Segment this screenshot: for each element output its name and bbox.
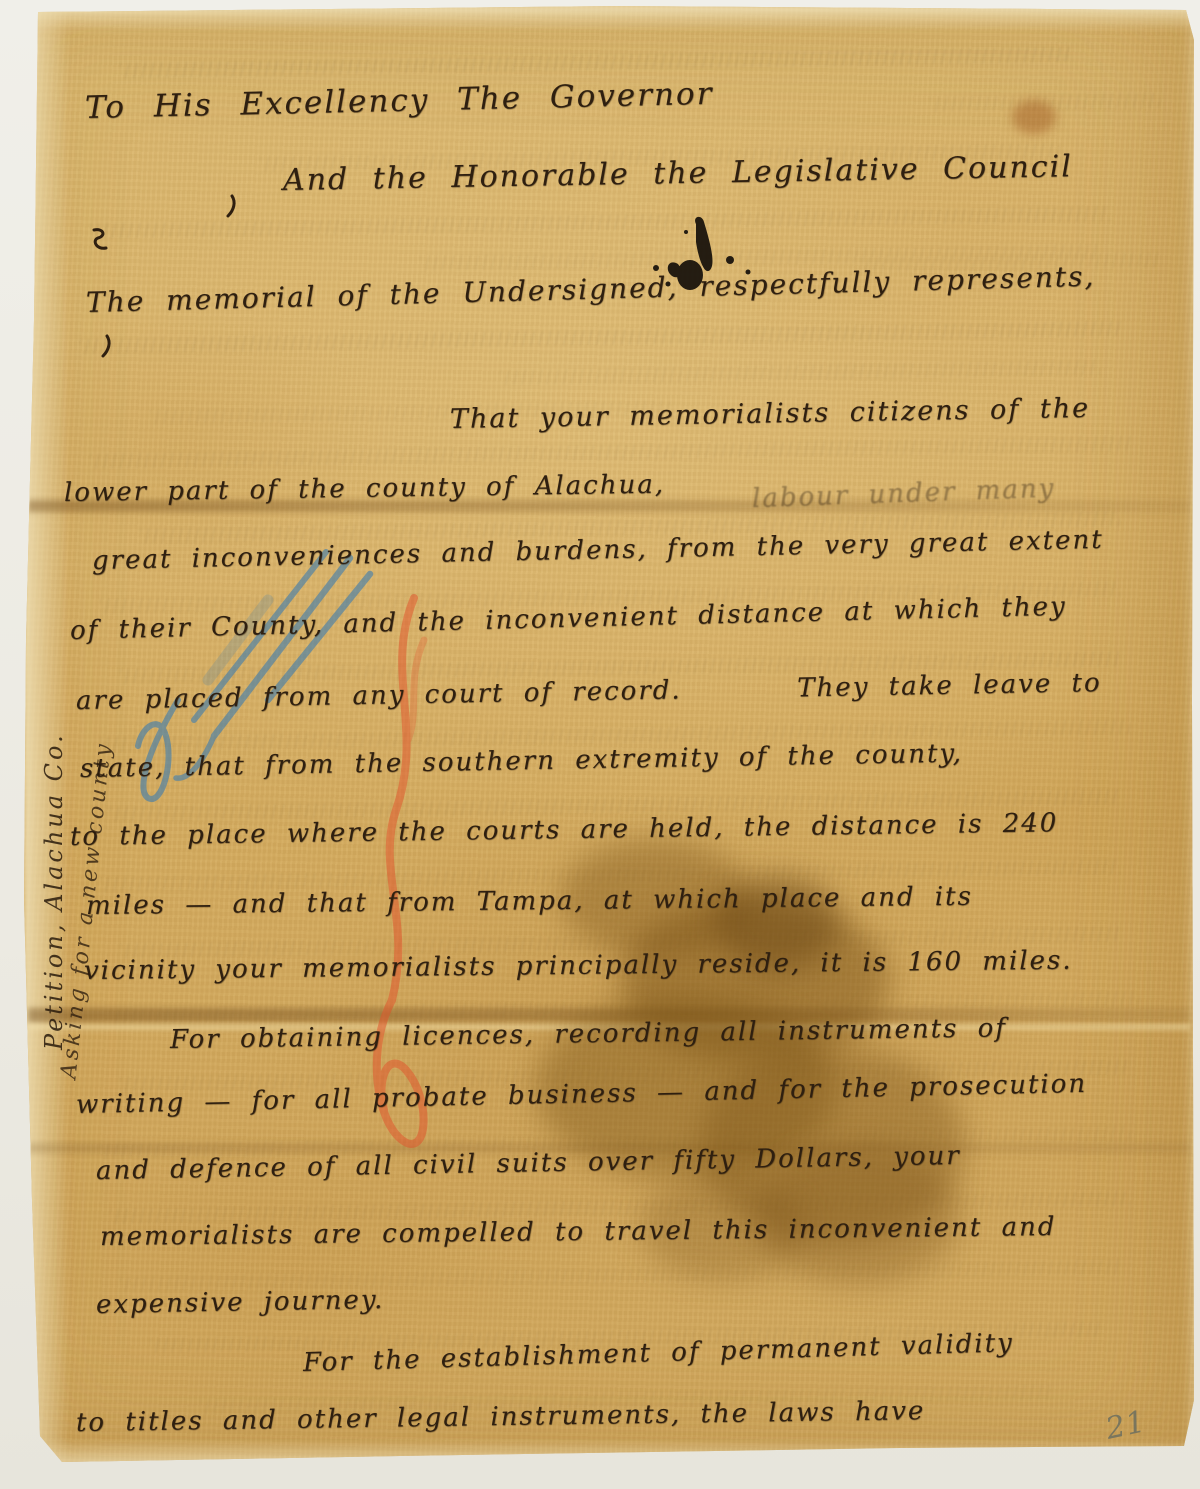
paper-deckle-edge-top — [30, 6, 1194, 32]
body-line: That your memorialists citizens of the — [450, 393, 1091, 435]
body-line: to the place where the courts are held, … — [70, 808, 1059, 852]
bleed-through-line — [500, 360, 1100, 385]
rust-spot — [1012, 100, 1056, 134]
body-line: great inconveniences and burdens, from t… — [92, 525, 1104, 576]
body-line: miles — and that from Tampa, at which pl… — [86, 882, 973, 921]
body-line: to titles and other legal instruments, t… — [76, 1396, 926, 1438]
body-line-faded: labour under many — [751, 473, 1055, 514]
bleed-through-line — [80, 321, 1120, 354]
body-line: writing — for all probate business — and… — [76, 1069, 1088, 1120]
salutation-line: The memorial of the Undersigned, respect… — [86, 260, 1096, 319]
body-line: lower part of the county of Alachua, — [64, 470, 665, 508]
ink-mark — [90, 226, 112, 256]
heading-line-1: To His Excellency The Governor — [85, 76, 714, 126]
manuscript-page: To His Excellency The Governor And the H… — [0, 0, 1200, 1489]
docket-title-vertical: Petition, Alachua Co. — [40, 555, 68, 1050]
bleed-through-line — [90, 436, 1130, 469]
body-line: memorialists are compelled to travel thi… — [100, 1212, 1057, 1252]
body-line: and defence of all civil suits over fift… — [96, 1141, 961, 1186]
ink-mark — [226, 194, 240, 220]
heading-line-2: And the Honorable the Legislative Counci… — [283, 149, 1073, 198]
bleed-through-line — [930, 93, 1160, 112]
body-line: For obtaining licences, recording all in… — [170, 1013, 1007, 1055]
body-line: expensive journey. — [96, 1285, 385, 1320]
paper-deckle-edge-bottom — [40, 1439, 1190, 1465]
scan-background: To His Excellency The Governor And the H… — [0, 0, 1200, 1489]
ink-mark — [100, 334, 114, 360]
bleed-through-line — [120, 47, 1070, 79]
body-line: For the establishment of permanent valid… — [303, 1328, 1015, 1378]
body-line: vicinity your memorialists principally r… — [84, 946, 1073, 986]
